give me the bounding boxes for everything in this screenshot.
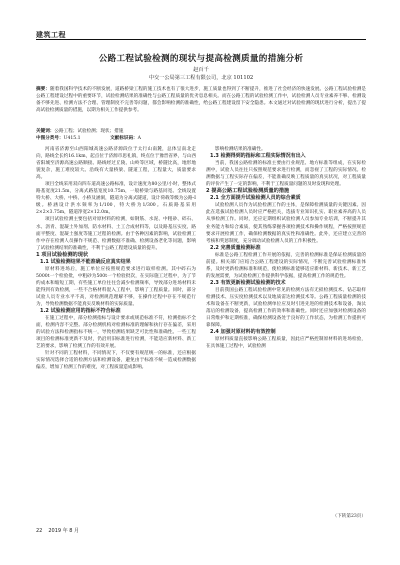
- abstract-text: 随着我国科学技术的不断发展，道路桥梁工程的施工技术也有了很大进步，施工质量也得到…: [36, 87, 366, 113]
- body-paragraph: 项目试验检测主要包括对原材料的检测，如钢筋、水泥、中粗砂、碎石、水、沥青、混凝土…: [36, 216, 196, 251]
- page-footer: 222019 年 8 月: [36, 527, 79, 534]
- section-heading: 2.2 完善质量检测标准: [206, 245, 366, 252]
- body-paragraph: 目前我国公路工程试验检测中常见的检测方法有无损检测技术、钻芯取样检测技术、压实度…: [206, 287, 366, 329]
- paper-title: 公路工程试验检测的现状与提高检测质量的措施分析: [36, 52, 366, 64]
- body-paragraph: 在施工过程中，部分检测指标与设计要求或规范标准不符，检测指标不全面，检测内容不完…: [36, 315, 196, 350]
- section-heading: 1.3 检测得到的指标和工程实际情况有出入: [206, 153, 366, 160]
- section-heading: 1.1 试验检测结果不能准确反应真实结果: [36, 259, 196, 266]
- body-paragraph: 河南省济源至山西阳城高速公路济源段位于太行山南麓，总体呈南北走向，路线全长约16…: [36, 146, 196, 181]
- continued-note: （下转第23页）: [333, 513, 366, 519]
- body-paragraph: 原材料进场后，施工单位应按照规范要求进行取样检测。其中碎石为5000t一个检验批…: [36, 266, 196, 308]
- clc-value: U415.1: [64, 136, 81, 141]
- body-paragraph: 项目全线采用双向四车道高速公路标准，设计速度为80公里/小时，整体式路基宽度21…: [36, 181, 196, 216]
- keywords-text: 公路工程；试验检测；现状；措施: [54, 129, 123, 134]
- page-number: 22: [36, 528, 42, 534]
- section-heading: 2.1 全方面提升试验检测人员的综合素质: [206, 195, 366, 202]
- body-paragraph: 原材料质量直接影响公路工程质量，因此应严格控制原材料的进场检验，在具体施工过程中…: [206, 336, 366, 350]
- affiliation: 中交一公局第三工程有限公司，北京 101102: [36, 74, 366, 81]
- section-heading: 2.3 有效更新检测试验检测的技术: [206, 280, 366, 287]
- left-column: 河南省济源至山西阳城高速公路济源段位于太行山南麓，总体呈南北走向，路线全长约16…: [36, 146, 196, 372]
- abstract: 摘要：随着我国科学技术的不断发展，道路桥梁工程的施工技术也有了很大进步，施工质量…: [36, 86, 366, 114]
- header-rule: [36, 39, 366, 40]
- classification: 中图分类号：U415.1 文献标识码：A: [36, 135, 141, 141]
- body-paragraph: 标准是公路工程检测工作开展的依据，完善的检测标准是保证检测质量的前提。相关部门应…: [206, 252, 366, 280]
- abstract-label: 摘要：: [36, 87, 50, 92]
- section-heading: 2.4 加强对原材料的有效控制: [206, 329, 366, 336]
- body-paragraph: 试验检测人员作为试验检测工作的主体，是保障检测质量的关键因素。因此在选拔试验检测…: [206, 202, 366, 244]
- body-paragraph: 当前，我国公路检测的标准主要由行业规范、地方标准等组成，在实际检测中，试验人员往…: [206, 160, 366, 188]
- doc-code-value: A: [138, 136, 141, 141]
- issue-date: 2019 年 8 月: [48, 528, 79, 534]
- section-heading: 1 项目试验检测的现状: [36, 252, 196, 259]
- body-paragraph: 影响检测结果的准确性。: [206, 146, 366, 153]
- keywords-label: 关键词：: [36, 129, 54, 134]
- doc-code-label: 文献标识码：: [110, 136, 138, 141]
- keywords: 关键词：公路工程；试验检测；现状；措施: [36, 128, 123, 134]
- clc-label: 中图分类号：: [36, 136, 64, 141]
- author: 赵百千: [36, 66, 366, 73]
- paper-page: 建筑工程 公路工程试验检测的现状与提高检测质量的措施分析 赵百千 中交一公局第三…: [0, 0, 400, 565]
- section-heading: 1.2 试验检测应用的指标不符合标准: [36, 308, 196, 315]
- body-paragraph: 针对不同的工程材料，不同情况下，不仅要有规范统一的标准，还应根据实际情况选择合适…: [36, 350, 196, 371]
- right-column: 影响检测结果的准确性。1.3 检测得到的指标和工程实际情况有出入当前，我国公路检…: [206, 146, 366, 350]
